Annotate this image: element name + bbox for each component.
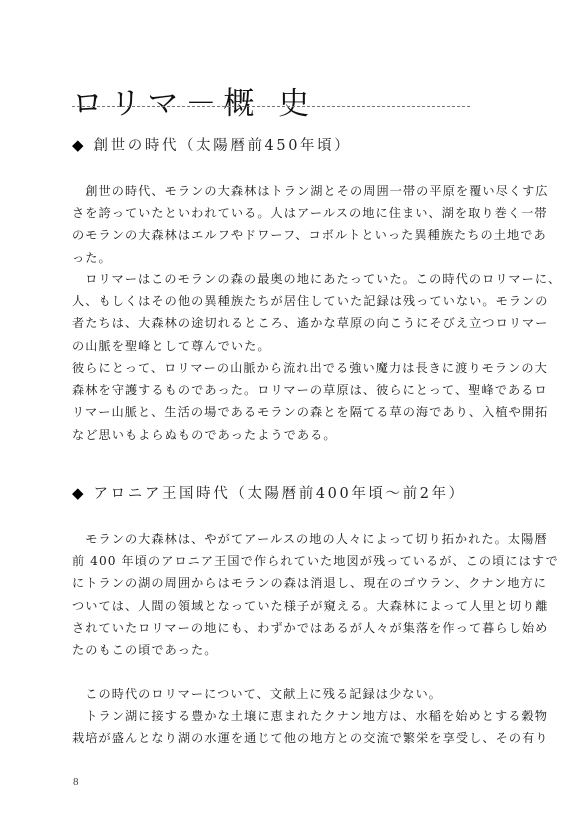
paragraph: 彼らにとって、ロリマーの山脈から流れ出でる強い魔力は長きに渡りモランの大 森林を… (72, 357, 512, 446)
text-line: さを誇っていたといわれている。人はアールスの地に住まい、湖を取り巻く一帯 (72, 202, 512, 224)
paragraph: モランの大森林は、やがてアールスの地の人々によって切り拓かれた。太陽暦 前 40… (72, 528, 512, 661)
text-line: トラン湖に接する豊かな土壌に恵まれたクナン地方は、水稲を始めとする穀物 (72, 705, 512, 727)
text-line: この時代のロリマーについて、文献上に残る記録は少ない。 (72, 683, 512, 705)
page-title: ロリマ－概 史 (72, 89, 316, 120)
text-line: 前 400 年頃のアロニア王国で作られていた地図が残っているが、この頃にはすで (72, 550, 512, 572)
text-line: 人、もしくはその他の異種族たちが居住していた記録は残っていない。モランの (72, 290, 512, 312)
paragraph: この時代のロリマーについて、文献上に残る記録は少ない。 トラン湖に接する豊かな土… (72, 683, 512, 750)
text-line: 創世の時代、モランの大森林はトラン湖とその周囲一帯の平原を覆い尽くす広 (72, 180, 512, 202)
text-line: など思いもよらぬものであったようである。 (72, 424, 512, 446)
text-line: たのもこの頃であった。 (72, 639, 512, 661)
section-heading-alonia: ◆アロニア王国時代（太陽暦前400年頃～前2年） (72, 486, 466, 502)
text-line: 彼らにとって、ロリマーの山脈から流れ出でる強い魔力は長きに渡りモランの大 (72, 357, 512, 379)
text-line: リマー山脈と、生活の場であるモランの森とを隔てる草の海であり、入植や開拓 (72, 401, 512, 423)
section-heading-text: 創世の時代（太陽暦前450年頃） (94, 138, 352, 154)
text-line: のモランの大森林はエルフやドワーフ、コボルトといった異種族たちの土地であ (72, 224, 512, 246)
text-line: った。 (72, 247, 512, 269)
diamond-bullet-icon: ◆ (72, 486, 84, 501)
section-heading-text: アロニア王国時代（太陽暦前400年頃～前2年） (94, 486, 466, 502)
paragraph: 創世の時代、モランの大森林はトラン湖とその周囲一帯の平原を覆い尽くす広 さを誇っ… (72, 180, 512, 269)
text-line: モランの大森林は、やがてアールスの地の人々によって切り拓かれた。太陽暦 (72, 528, 512, 550)
diamond-bullet-icon: ◆ (72, 138, 84, 153)
title-divider (72, 106, 470, 107)
text-line: の山脈を聖峰として尊んでいた。 (72, 335, 512, 357)
section-heading-genesis: ◆創世の時代（太陽暦前450年頃） (72, 138, 351, 154)
text-line: にトランの湖の周囲からはモランの森は消退し、現在のゴウラン、クナン地方に (72, 572, 512, 594)
text-line: されていたロリマーの地にも、わずかではあるが人々が集落を作って暮らし始め (72, 617, 512, 639)
text-line: ついては、人間の領域となっていた様子が窺える。大森林によって人里と切り離 (72, 595, 512, 617)
text-line: 者たちは、大森林の途切れるところ、遙かな草原の向こうにそびえ立つロリマー (72, 312, 512, 334)
paragraph: ロリマーはこのモランの森の最奥の地にあたっていた。この時代のロリマーに、 人、も… (72, 268, 512, 357)
text-line: 栽培が盛んとなり湖の水運を通じて他の地方との交流で繁栄を享受し、その有り (72, 727, 512, 749)
page-number: 8 (73, 776, 79, 788)
text-line: ロリマーはこのモランの森の最奥の地にあたっていた。この時代のロリマーに、 (72, 268, 512, 290)
text-line: 森林を守護するものであった。ロリマーの草原は、彼らにとって、聖峰であるロ (72, 379, 512, 401)
